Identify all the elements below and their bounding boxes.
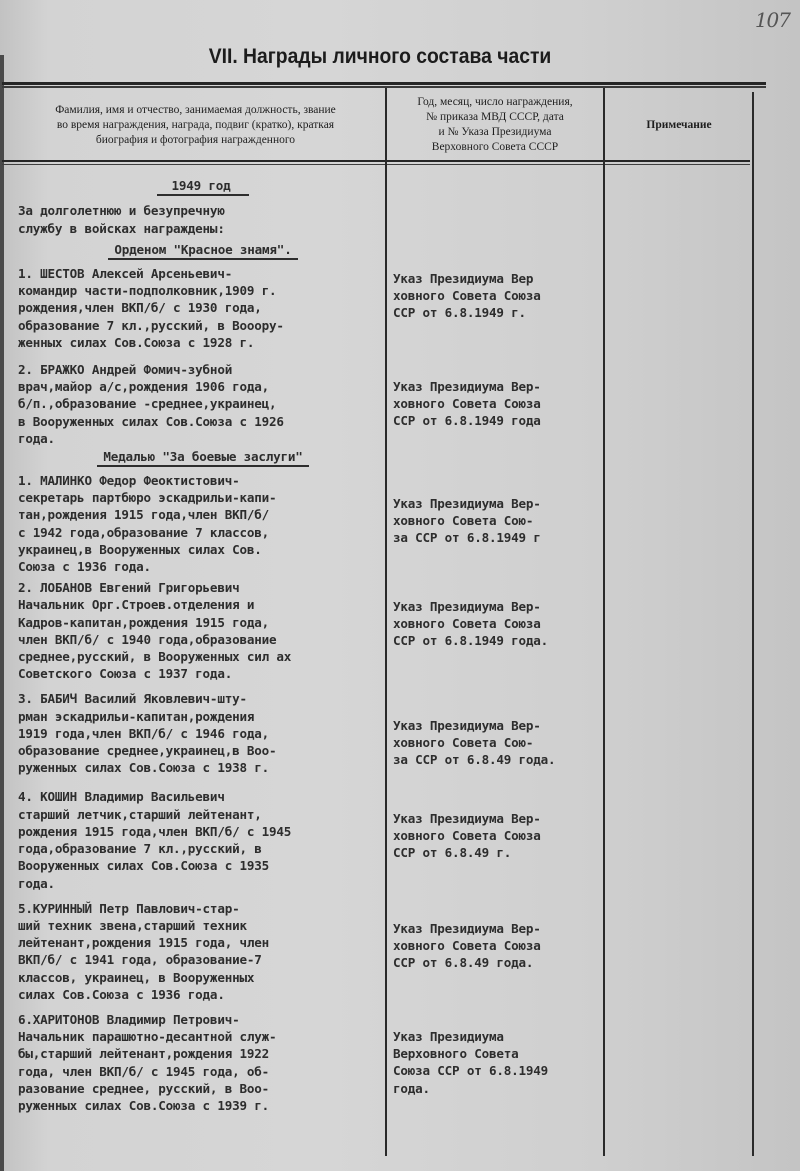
decree-entry: Указ Президиума Вер- ховного Совета Союз… — [393, 378, 623, 430]
header-top-rule-secondary — [2, 86, 766, 88]
decree-entry: Указ Президиума Верховного Совета Союза … — [393, 1028, 623, 1097]
column-divider-3 — [752, 92, 754, 1156]
recipients-column: 1949 год За долголетнюю и безупречную сл… — [18, 178, 388, 1114]
archival-document-page: 107 VII. Награды личного состава части Ф… — [0, 0, 800, 1171]
year-heading: 1949 год — [18, 178, 388, 196]
award-heading-red-banner: Орденом "Красное знамя". — [18, 242, 388, 260]
column-header-decree: Год, месяц, число награждения, № приказа… — [389, 90, 601, 160]
decree-entry: Указ Президиума Вер- ховного Совета Сою-… — [393, 717, 623, 769]
section-title: VII. Награды личного состава части — [30, 45, 729, 69]
header-bottom-rule — [2, 160, 750, 162]
decree-entry: Указ Президиума Вер- ховного Совета Союз… — [393, 810, 623, 862]
header-top-rule — [2, 82, 766, 85]
award-heading-combat-merit: Медалью "За боевые заслуги" — [18, 449, 388, 467]
award-entry: 2. БРАЖКО Андрей Фомич-зубной врач,майор… — [18, 361, 388, 447]
column-header-remarks: Примечание — [607, 90, 751, 160]
award-entry: 5.КУРИННЫЙ Петр Павлович-стар- ший техни… — [18, 900, 388, 1003]
award-entry: 1. ШЕСТОВ Алексей Арсеньевич- командир ч… — [18, 265, 388, 351]
decree-entry: Указ Президиума Вер- ховного Совета Союз… — [393, 598, 623, 650]
decree-entry: Указ Президиума Вер- ховного Совета Сою-… — [393, 495, 623, 547]
award-entry: 6.ХАРИТОНОВ Владимир Петрович- Начальник… — [18, 1011, 388, 1114]
award-entry: 2. ЛОБАНОВ Евгений Григорьевич Начальник… — [18, 579, 388, 682]
column-header-recipient: Фамилия, имя и отчество, занимаемая долж… — [8, 90, 383, 160]
decree-entry: Указ Президиума Вер- ховного Совета Союз… — [393, 920, 623, 972]
page-binding-edge — [0, 55, 4, 1171]
intro-text: За долголетнюю и безупречную службу в во… — [18, 202, 388, 238]
decree-entry: Указ Президиума Вер ховного Совета Союза… — [393, 270, 623, 322]
page-number: 107 — [755, 8, 790, 32]
award-entry: 3. БАБИЧ Василий Яковлевич-шту- рман эск… — [18, 690, 388, 776]
header-bottom-rule-secondary — [2, 164, 750, 165]
award-entry: 1. МАЛИНКО Федор Феоктистович- секретарь… — [18, 472, 388, 575]
award-entry: 4. КОШИН Владимир Васильевич старший лет… — [18, 788, 388, 891]
